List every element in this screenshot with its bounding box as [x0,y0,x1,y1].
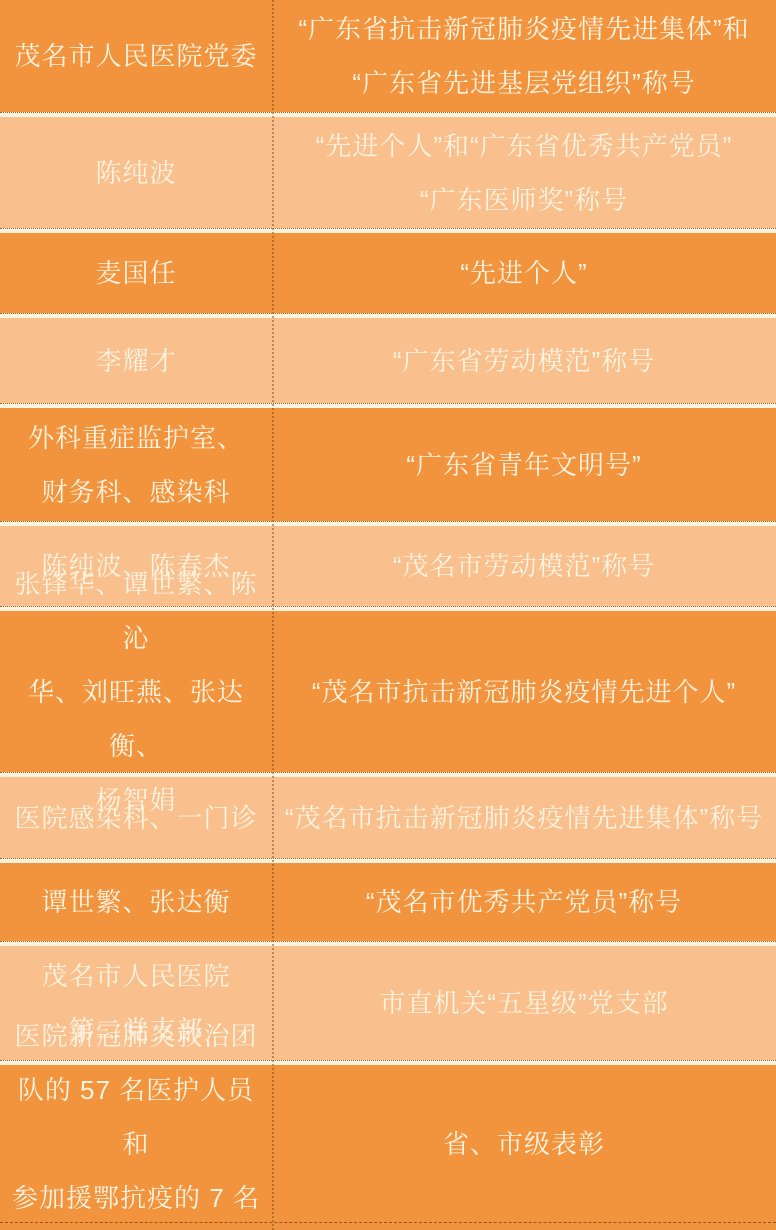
recipient-cell: 医院新冠肺炎救治团 队的 57 名医护人员和 参加援鄂抗疫的 7 名医 [0,1065,272,1222]
recipient-cell: 陈纯波 [0,117,272,228]
table-row: 麦国任 “先进个人” [0,233,776,313]
honor-cell: “广东省劳动模范”称号 [272,318,776,403]
table-row: 李耀才 “广东省劳动模范”称号 [0,318,776,403]
honor-cell: “先进个人”和“广东省优秀共产党员” “广东医师奖”称号 [272,117,776,228]
honor-cell: “先进个人” [272,233,776,313]
honor-cell: “茂名市劳动模范”称号 [272,526,776,606]
recipient-cell: 谭世繁、张达衡 [0,863,272,941]
recipient-cell: 医院感染科、一门诊 [0,777,272,858]
honor-cell: “广东省青年文明号” [272,408,776,521]
table-row: 茂名市人民医院党委 “广东省抗击新冠肺炎疫情先进集体”和 “广东省先进基层党组织… [0,0,776,112]
recipient-cell: 茂名市人民医院党委 [0,0,272,112]
recipient-cell: 外科重症监护室、 财务科、感染科 [0,408,272,521]
honor-cell: “广东省抗击新冠肺炎疫情先进集体”和 “广东省先进基层党组织”称号 [272,0,776,112]
table-row: 陈纯波 “先进个人”和“广东省优秀共产党员” “广东医师奖”称号 [0,117,776,228]
table-row: 外科重症监护室、 财务科、感染科 “广东省青年文明号” [0,408,776,521]
recipient-cell: 李耀才 [0,318,272,403]
table-row: 谭世繁、张达衡 “茂名市优秀共产党员”称号 [0,863,776,941]
table-row: 张锋华、谭世繁、陈沁 华、刘旺燕、张达衡、 杨智娟 “茂名市抗击新冠肺炎疫情先进… [0,611,776,772]
honor-cell: “茂名市抗击新冠肺炎疫情先进集体”称号 [272,777,776,858]
honor-cell: 省、市级表彰 [272,1065,776,1222]
table-row: 医院新冠肺炎救治团 队的 57 名医护人员和 参加援鄂抗疫的 7 名医 省、市级… [0,1065,776,1222]
honor-cell: “茂名市抗击新冠肺炎疫情先进个人” [272,611,776,772]
honors-table: 茂名市人民医院党委 “广东省抗击新冠肺炎疫情先进集体”和 “广东省先进基层党组织… [0,0,776,1230]
table-row: 医院感染科、一门诊 “茂名市抗击新冠肺炎疫情先进集体”称号 [0,777,776,858]
recipient-cell: 张锋华、谭世繁、陈沁 华、刘旺燕、张达衡、 杨智娟 [0,611,272,772]
honor-cell: “茂名市优秀共产党员”称号 [272,863,776,941]
honor-cell: 市直机关“五星级”党支部 [272,946,776,1060]
recipient-cell: 麦国任 [0,233,272,313]
